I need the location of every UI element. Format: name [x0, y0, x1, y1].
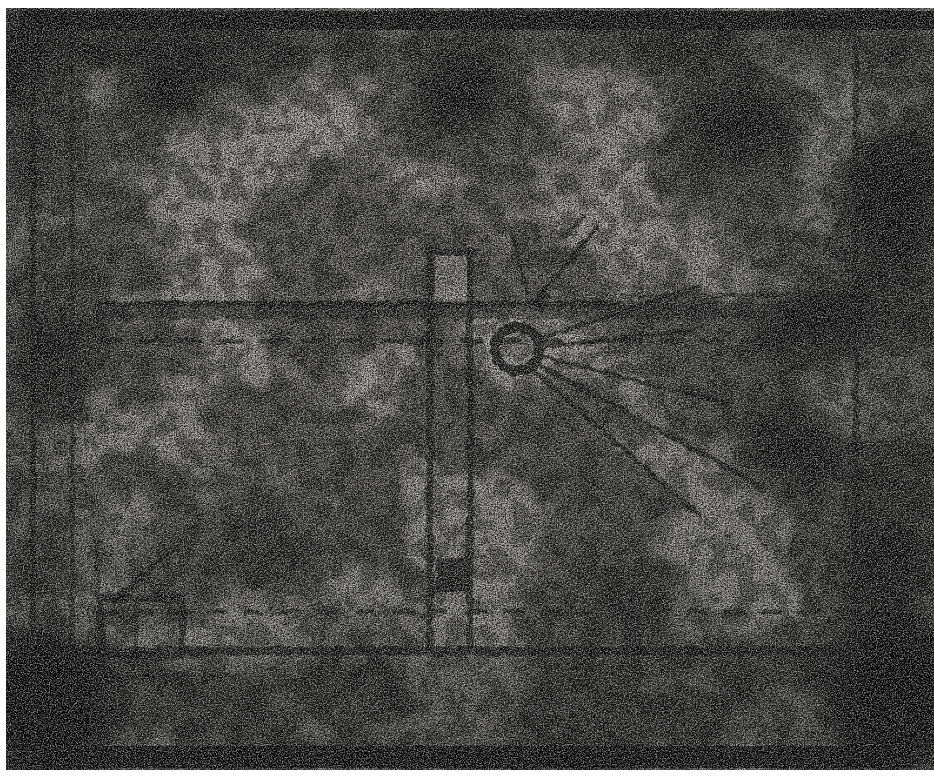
photo-figure: a b c d e: [0, 0, 934, 782]
scanned-page: a b c d e: [0, 0, 934, 782]
white-grain-overlay: [6, 8, 934, 770]
